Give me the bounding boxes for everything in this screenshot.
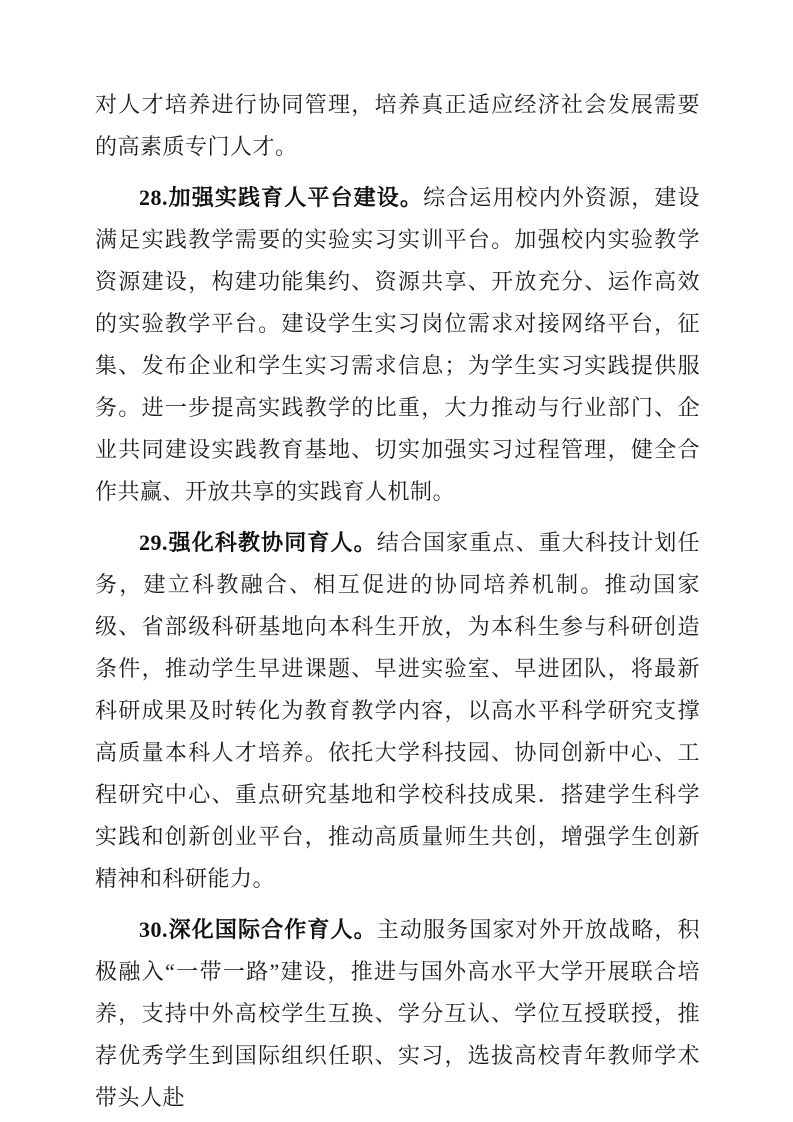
paragraph-text: 结合国家重点、重大科技计划任务，建立科教融合、相互促进的协同培养机制。推动国家级… (95, 530, 700, 891)
paragraph-heading: 28.加强实践育人平台建设。 (139, 185, 423, 210)
paragraph-continuation: 对人才培养进行协同管理，培养真正适应经济社会发展需要的高素质专门人才。 (95, 84, 700, 168)
paragraph-item-30: 30.深化国际合作育人。主动服务国家对外开放战略，积极融入“一带一路”建设，推进… (95, 909, 700, 1119)
paragraph-heading: 30.深化国际合作育人。 (139, 917, 377, 942)
document-page: 对人才培养进行协同管理，培养真正适应经济社会发展需要的高素质专门人才。 28.加… (0, 0, 793, 1122)
paragraph-item-28: 28.加强实践育人平台建设。综合运用校内外资源，建设满足实践教学需要的实验实习实… (95, 177, 700, 513)
paragraph-text: 对人才培养进行协同管理，培养真正适应经济社会发展需要的高素质专门人才。 (95, 92, 700, 159)
paragraph-text: 主动服务国家对外开放战略，积极融入“一带一路”建设，推进与国外高水平大学开展联合… (95, 917, 700, 1110)
paragraph-heading: 29.强化科教协同育人。 (139, 530, 377, 555)
paragraph-item-29: 29.强化科教协同育人。结合国家重点、重大科技计划任务，建立科教融合、相互促进的… (95, 522, 700, 900)
paragraph-text: 综合运用校内外资源，建设满足实践教学需要的实验实习实训平台。加强校内实验教学资源… (95, 185, 700, 504)
